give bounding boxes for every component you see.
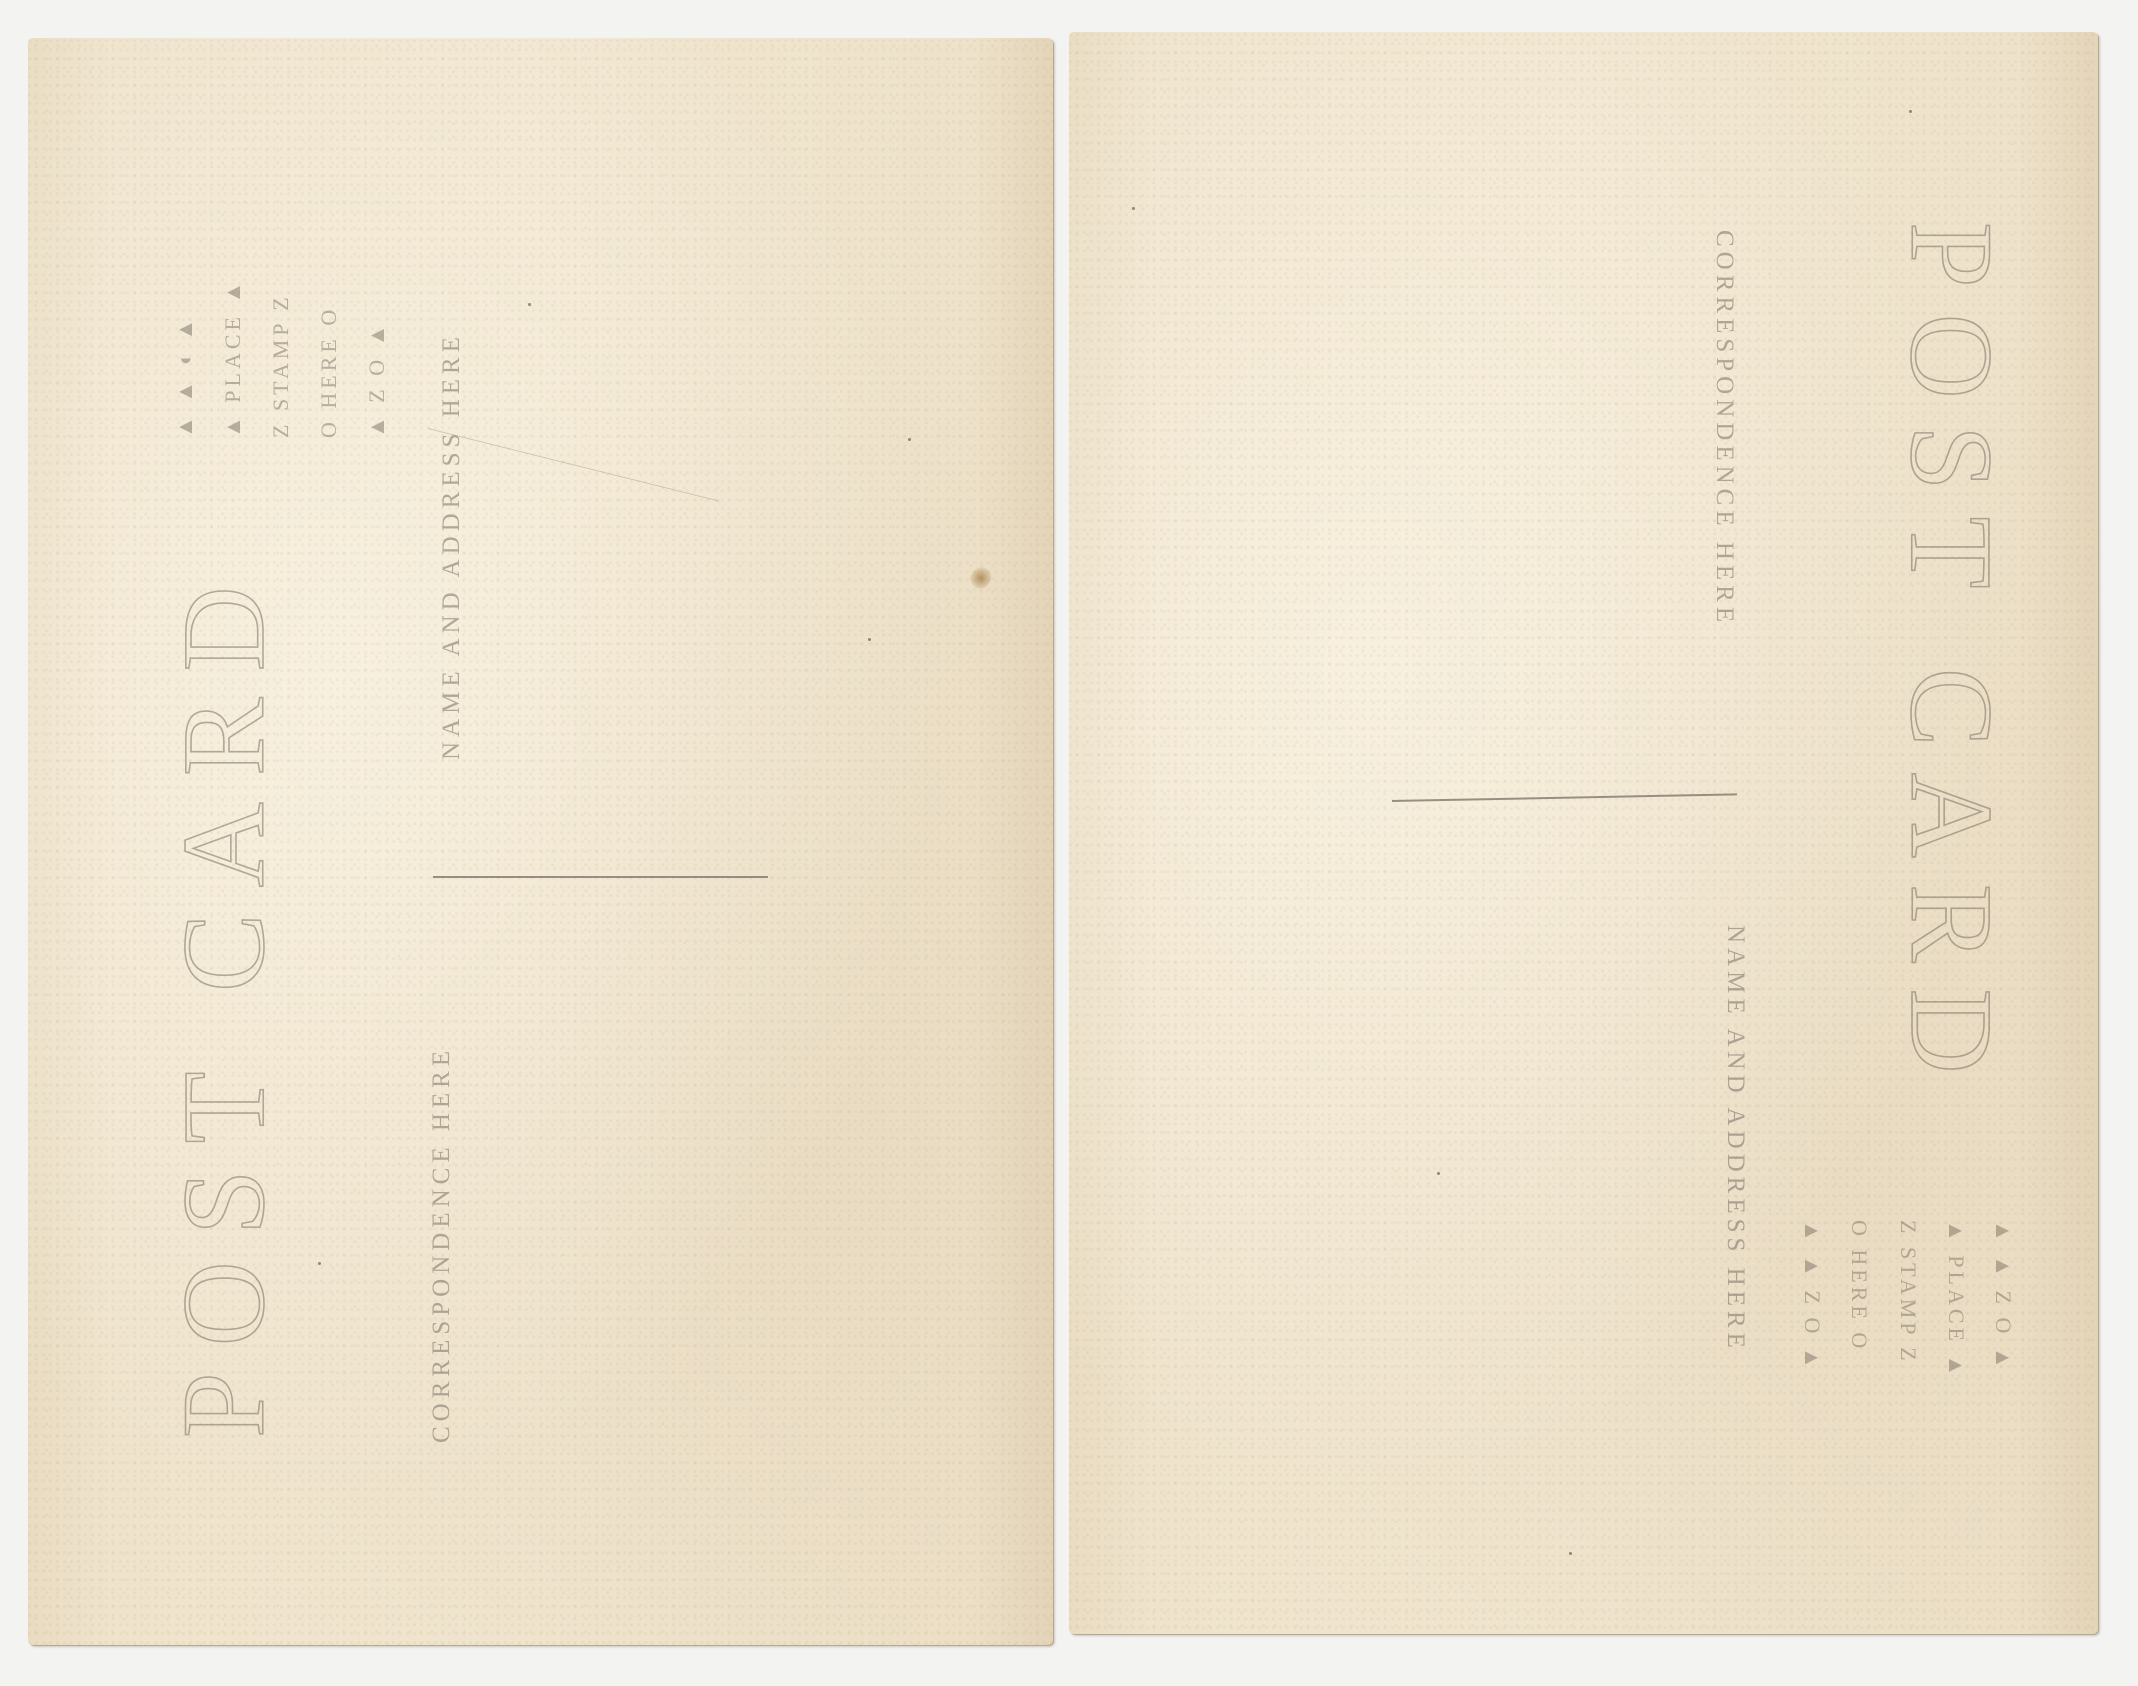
stamp-place-text: ▲ PLACE ▲ [1943, 1220, 1969, 1380]
stamp-box-border: ▲ ▲ ◖ ▲ [172, 315, 198, 438]
paper-speck [318, 1262, 321, 1265]
postcard-title: POST CARD [1883, 222, 2019, 1100]
postcard-title: POST CARD [156, 560, 292, 1438]
paper-speck [868, 638, 871, 641]
address-label: NAME AND ADDRESS HERE [1721, 925, 1749, 1353]
address-label: NAME AND ADDRESS HERE [438, 332, 466, 760]
paper-stain [966, 564, 995, 592]
stamp-box-border: ▲ ▲ Z O ▲ [1990, 1220, 2016, 1373]
stamp-stamp-text: Z STAMP Z [1895, 1220, 1921, 1365]
paper-speck [908, 438, 911, 441]
stamp-place-text: ▲ PLACE ▲ [220, 278, 246, 438]
divider-line [1392, 793, 1737, 802]
paper-speck [1437, 1172, 1440, 1175]
paper-speck [1132, 207, 1135, 210]
correspondence-label: CORRESPONDENCE HERE [1710, 230, 1738, 627]
paper-speck [528, 303, 531, 306]
postcard-right: POST CARD CORRESPONDENCE HERE NAME AND A… [1069, 32, 2098, 1634]
stamp-here-text: O HERE O [316, 306, 342, 438]
paper-crease [428, 428, 719, 502]
stamp-here-text: O HERE O [1846, 1220, 1872, 1352]
stamp-box-border: ▲ ▲ Z O ▲ [1799, 1220, 1825, 1373]
stamp-box-border: ▲ Z O ▲ [364, 321, 390, 438]
paper-speck [1909, 110, 1912, 113]
paper-speck [1569, 1552, 1572, 1555]
stamp-stamp-text: Z STAMP Z [268, 293, 294, 438]
correspondence-label: CORRESPONDENCE HERE [428, 1046, 456, 1443]
divider-line [433, 876, 768, 878]
postcard-left: POST CARD CORRESPONDENCE HERE NAME AND A… [28, 38, 1053, 1645]
